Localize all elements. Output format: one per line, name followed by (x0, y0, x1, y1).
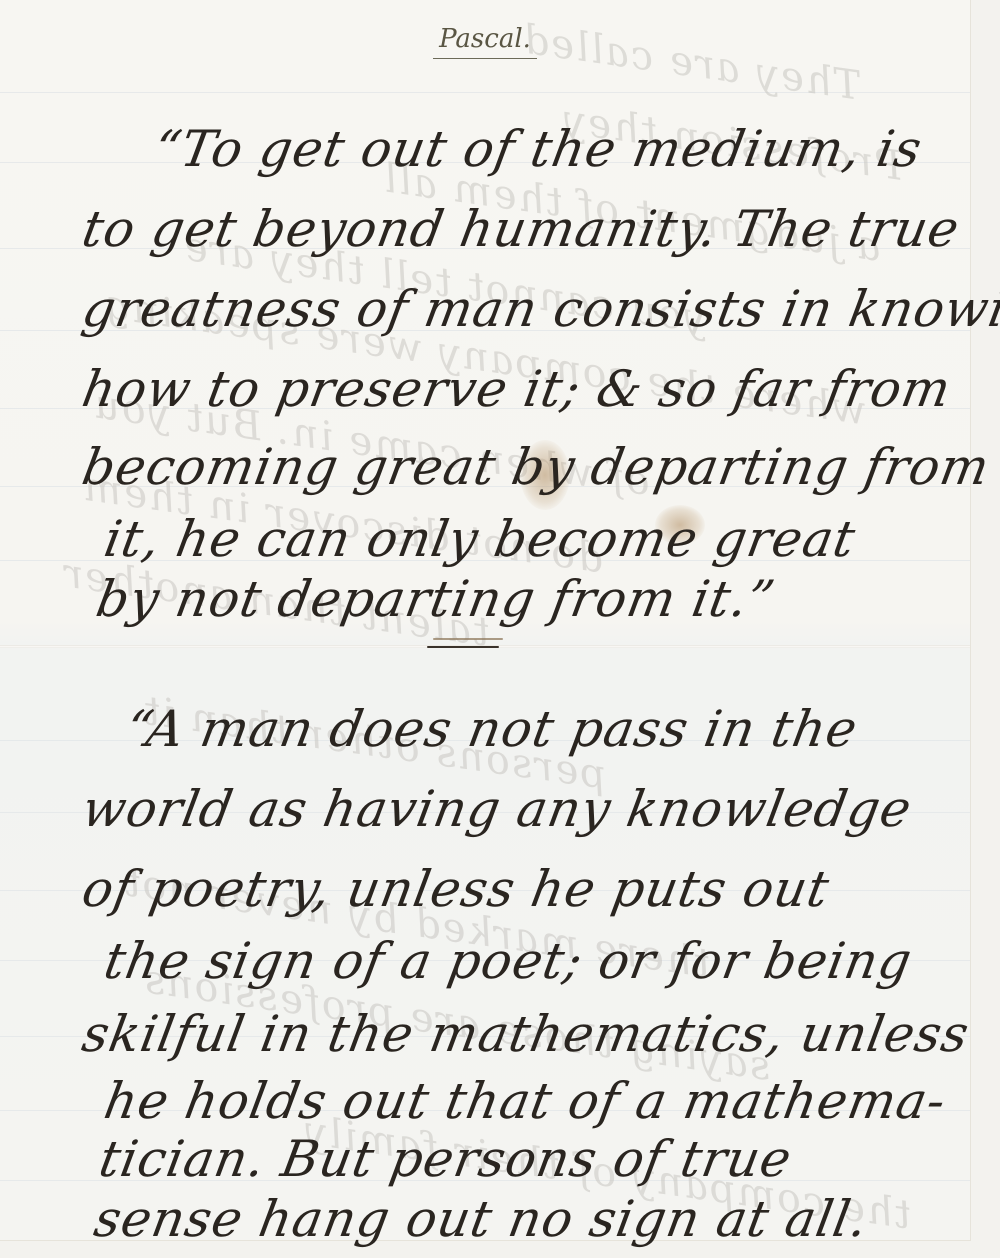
quote-2-line: sense hang out no sign at all. (90, 1190, 873, 1248)
quote-1-line: to get beyond humanity. The true (78, 200, 964, 258)
section-separator (425, 638, 505, 652)
document-title: Pascal. (0, 24, 1000, 59)
quote-2-line: “A man does not pass in the (122, 700, 862, 758)
quote-1-line: becoming great by departing from (78, 438, 994, 496)
quote-1-line: greatness of man consists in knowing (78, 280, 1000, 338)
quote-2-line: world as having any knowledge (78, 780, 916, 838)
title-text: Pascal. (433, 24, 537, 59)
quote-1-line: how to preserve it; & so far from (78, 360, 956, 418)
quote-2-line: he holds out that of a mathema- (100, 1072, 951, 1130)
quote-1-line: by not departing from it.” (92, 570, 780, 628)
quote-2-line: the sign of a poet; or for being (100, 932, 917, 990)
quote-2-line: tician. But persons of true (95, 1130, 796, 1188)
quote-1-line: “To get out of the medium, is (150, 120, 926, 178)
quote-1-line: it, he can only become great (100, 510, 860, 568)
quote-2-line: skilful in the mathematics, unless (78, 1005, 974, 1063)
quote-2-line: of poetry, unless he puts out (78, 860, 834, 918)
